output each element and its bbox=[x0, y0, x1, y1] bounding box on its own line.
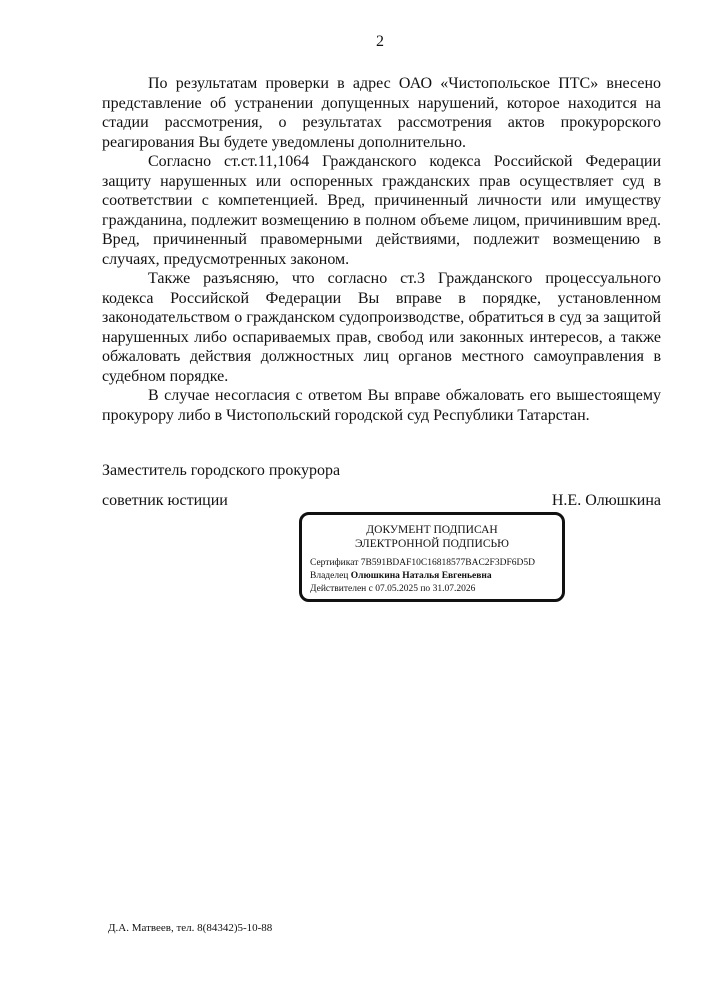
valid-label: Действителен с bbox=[310, 584, 373, 594]
paragraph-inspection-result: По результатам проверки в адрес ОАО «Чис… bbox=[102, 74, 661, 152]
letter-body: По результатам проверки в адрес ОАО «Чис… bbox=[102, 74, 661, 425]
paragraph-appeal: В случае несогласия с ответом Вы вправе … bbox=[102, 386, 661, 425]
stamp-heading: ДОКУМЕНТ ПОДПИСАН ЭЛЕКТРОННОЙ ПОДПИСЬЮ bbox=[302, 523, 562, 551]
stamp-validity: Действителен с 07.05.2025 по 31.07.2026 bbox=[310, 583, 562, 596]
paragraph-civil-code: Согласно ст.ст.11,1064 Гражданского коде… bbox=[102, 152, 661, 269]
stamp-heading-line2: ЭЛЕКТРОННОЙ ПОДПИСЬЮ bbox=[302, 537, 562, 551]
owner-value: Олюшкина Наталья Евгеньевна bbox=[351, 571, 492, 581]
valid-to-label: по bbox=[420, 584, 430, 594]
valid-to: 31.07.2026 bbox=[433, 584, 476, 594]
stamp-certificate: Сертификат 7B591BDAF10C16818577BAC2F3DF6… bbox=[310, 557, 562, 570]
executor-contact: Д.А. Матвеев, тел. 8(84342)5-10-88 bbox=[108, 922, 272, 934]
stamp-owner: Владелец Олюшкина Наталья Евгеньевна bbox=[310, 570, 562, 583]
signatory-rank: советник юстиции bbox=[102, 492, 228, 510]
electronic-signature-stamp: ДОКУМЕНТ ПОДПИСАН ЭЛЕКТРОННОЙ ПОДПИСЬЮ С… bbox=[299, 512, 565, 602]
stamp-heading-line1: ДОКУМЕНТ ПОДПИСАН bbox=[302, 523, 562, 537]
valid-from: 07.05.2025 bbox=[375, 584, 418, 594]
certificate-value: 7B591BDAF10C16818577BAC2F3DF6D5D bbox=[361, 558, 535, 568]
signatory-title: Заместитель городского прокурора bbox=[102, 462, 340, 480]
owner-label: Владелец bbox=[310, 571, 348, 581]
page-number: 2 bbox=[0, 33, 709, 51]
signatory-name: Н.Е. Олюшкина bbox=[552, 492, 661, 510]
paragraph-procedure-rights: Также разъясняю, что согласно ст.3 Гражд… bbox=[102, 269, 661, 386]
certificate-label: Сертификат bbox=[310, 558, 358, 568]
